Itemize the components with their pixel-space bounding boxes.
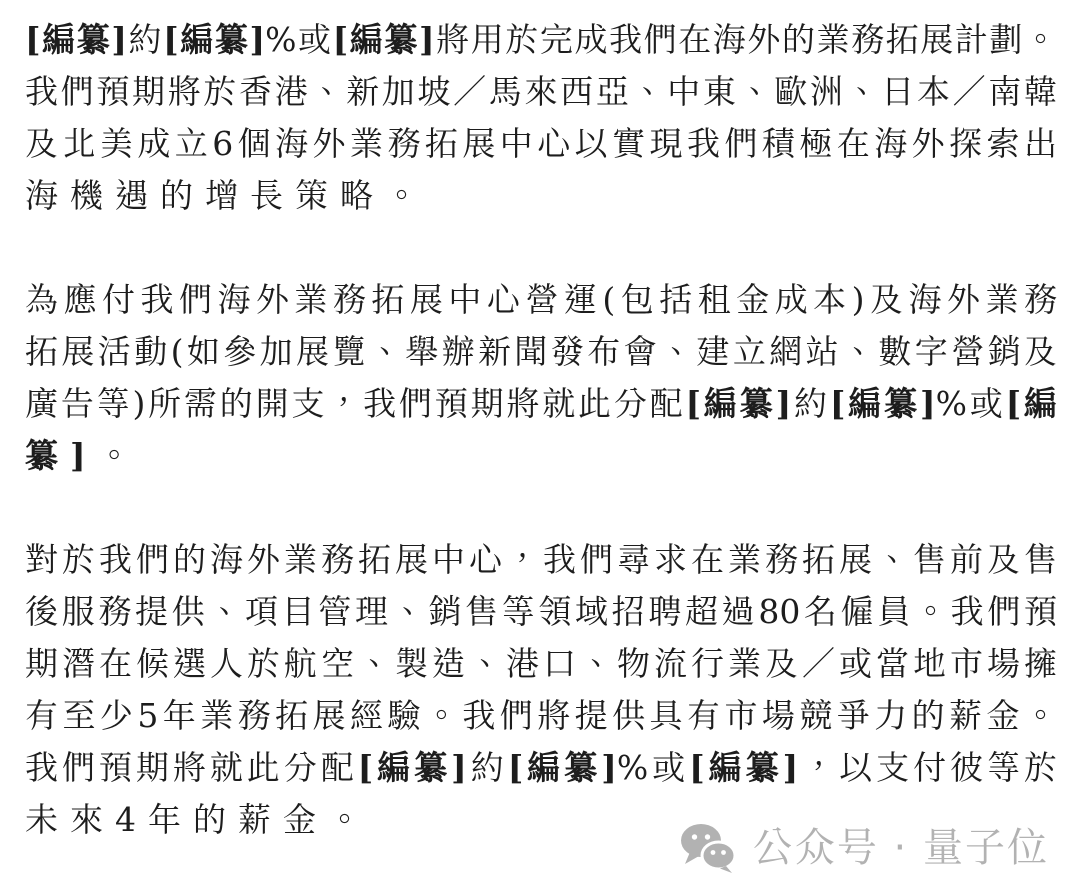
text-line: 有至少5年業務拓展經驗。我們將提供具有市場競爭力的薪金。 xyxy=(25,690,1057,742)
text-line: 對於我們的海外業務拓展中心，我們尋求在業務拓展、售前及售 xyxy=(25,534,1057,586)
redaction-marker: [編纂] xyxy=(358,748,467,787)
text-segment: %或 xyxy=(617,748,689,787)
redaction-marker: [編纂] xyxy=(25,20,127,59)
redaction-marker: [編纂] xyxy=(686,384,792,423)
text-segment: 海機遇的增長策略。 xyxy=(25,176,430,215)
paragraph: 對於我們的海外業務拓展中心，我們尋求在業務拓展、售前及售後服務提供、項目管理、銷… xyxy=(25,534,1057,846)
text-segment: 我們預期將就此分配 xyxy=(25,748,358,787)
redaction-marker: 纂] xyxy=(25,436,98,475)
document-page: [編纂]約[編纂]%或[編纂]將用於完成我們在海外的業務拓展計劃。我們預期將於香… xyxy=(0,0,1080,882)
redaction-marker: [編纂] xyxy=(689,748,798,787)
text-segment: 及北美成立6個海外業務拓展中心以實現我們積極在海外探索出 xyxy=(25,124,1057,163)
text-segment: 拓展活動(如參加展覽、舉辦新聞發布會、建立網站、數字營銷及 xyxy=(25,332,1057,371)
redaction-marker: [編纂] xyxy=(508,748,617,787)
text-segment: 約 xyxy=(791,384,830,423)
text-segment: %或 xyxy=(265,20,333,59)
paragraph: 為應付我們海外業務拓展中心營運(包括租金成本)及海外業務拓展活動(如參加展覽、舉… xyxy=(25,274,1057,482)
text-line: 拓展活動(如參加展覽、舉辦新聞發布會、建立網站、數字營銷及 xyxy=(25,326,1057,378)
text-segment: 將用於完成我們在海外的業務拓展計劃。 xyxy=(435,20,1057,59)
wechat-icon xyxy=(680,823,736,873)
redaction-marker: [編纂] xyxy=(163,20,265,59)
text-segment: ，以支付彼等於 xyxy=(798,748,1057,787)
text-segment: %或 xyxy=(936,384,1006,423)
text-line: 後服務提供、項目管理、銷售等領域招聘超過80名僱員。我們預 xyxy=(25,586,1057,638)
text-line: 期潛在候選人於航空、製造、港口、物流行業及／或當地市場擁 xyxy=(25,638,1057,690)
text-segment: 後服務提供、項目管理、銷售等領域招聘超過80名僱員。我們預 xyxy=(25,592,1057,631)
text-segment: 約 xyxy=(467,748,508,787)
text-line: 海機遇的增長策略。 xyxy=(25,170,1057,222)
text-line: 為應付我們海外業務拓展中心營運(包括租金成本)及海外業務 xyxy=(25,274,1057,326)
paragraph: [編纂]約[編纂]%或[編纂]將用於完成我們在海外的業務拓展計劃。我們預期將於香… xyxy=(25,14,1057,222)
watermark-text: 公众号 · 量子位 xyxy=(753,828,1049,868)
text-segment: 期潛在候選人於航空、製造、港口、物流行業及／或當地市場擁 xyxy=(25,644,1057,683)
text-segment: 未來4年的薪金。 xyxy=(25,800,373,839)
redaction-marker: [編 xyxy=(1006,384,1057,423)
text-line: 我們預期將於香港、新加坡／馬來西亞、中東、歐洲、日本／南韓 xyxy=(25,66,1057,118)
text-line: 纂]。 xyxy=(25,430,1057,482)
text-segment: 對於我們的海外業務拓展中心，我們尋求在業務拓展、售前及售 xyxy=(25,540,1057,579)
text-segment: 廣告等)所需的開支，我們預期將就此分配 xyxy=(25,384,686,423)
text-line: 我們預期將就此分配[編纂]約[編纂]%或[編纂]，以支付彼等於 xyxy=(25,742,1057,794)
redaction-marker: [編纂] xyxy=(830,384,936,423)
watermark: 公众号 · 量子位 xyxy=(680,823,1049,873)
redaction-marker: [編纂] xyxy=(333,20,435,59)
text-segment: 我們預期將於香港、新加坡／馬來西亞、中東、歐洲、日本／南韓 xyxy=(25,72,1057,111)
text-line: 及北美成立6個海外業務拓展中心以實現我們積極在海外探索出 xyxy=(25,118,1057,170)
text-segment: 有至少5年業務拓展經驗。我們將提供具有市場競爭力的薪金。 xyxy=(25,696,1057,735)
text-segment: 為應付我們海外業務拓展中心營運(包括租金成本)及海外業務 xyxy=(25,280,1057,319)
text-line: [編纂]約[編纂]%或[編纂]將用於完成我們在海外的業務拓展計劃。 xyxy=(25,14,1057,66)
text-segment: 約 xyxy=(127,20,163,59)
text-segment: 。 xyxy=(98,436,143,475)
text-line: 廣告等)所需的開支，我們預期將就此分配[編纂]約[編纂]%或[編 xyxy=(25,378,1057,430)
document-body: [編纂]約[編纂]%或[編纂]將用於完成我們在海外的業務拓展計劃。我們預期將於香… xyxy=(25,14,1057,846)
